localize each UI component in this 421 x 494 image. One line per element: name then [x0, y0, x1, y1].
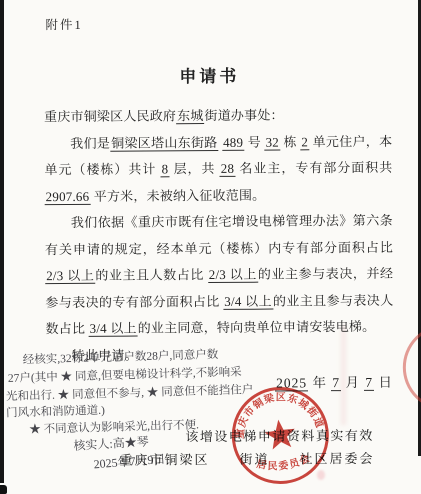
text-segment: 2 — [300, 134, 309, 150]
text-segment: 2907.66 — [45, 188, 91, 204]
text-segment: 32 — [265, 134, 281, 150]
text-segment: 东城 — [176, 108, 205, 124]
text-segment: 的业主同意，特向贵单位申请安装电梯。 — [138, 319, 376, 336]
text-segment: 的业主且人数占比 — [95, 267, 207, 283]
text-segment: 日 — [374, 375, 393, 390]
paragraph-building-info: 我们是铜梁区塔山东街路 489 号 32 栋 2 单元住户，本单元（楼栋）共计 … — [44, 128, 393, 210]
official-seal: 重庆市铜梁区东城街道 居民委员会 — [224, 379, 336, 491]
text-segment: 号 — [244, 134, 264, 149]
svg-text:居民委员会: 居民委员会 — [254, 450, 314, 475]
text-segment: 栋 — [280, 134, 300, 149]
text-segment: 2/3 以上 — [208, 267, 258, 283]
seal-star-icon — [263, 418, 297, 451]
scanned-document-page: 附件1 申请书 重庆市铜梁区人民政府东城街道办事处： 我们是铜梁区塔山东街路 4… — [0, 0, 421, 494]
document-title: 申请书 — [0, 61, 420, 89]
text-segment: 层，共 — [169, 161, 220, 176]
text-segment: 3/4 以上 — [89, 321, 138, 337]
text-segment: 28 — [220, 161, 236, 177]
text-segment: 重庆市铜梁区人民政府 — [44, 108, 176, 124]
text-segment: 8 — [161, 161, 170, 177]
text-segment: 平方米，未被纳入征收范围。 — [90, 187, 265, 203]
text-segment: 名业主，专有部分面积共 — [235, 160, 392, 176]
attachment-label: 附件1 — [45, 15, 82, 33]
text-segment: 铜梁区塔山东街路 — [110, 134, 218, 151]
partial-seal-edge — [403, 324, 421, 411]
text-segment: 街道办事处： — [204, 107, 283, 123]
text-segment: 2/3 以上 — [45, 268, 95, 284]
document-content: 附件1 申请书 重庆市铜梁区人民政府东城街道办事处： 我们是铜梁区塔山东街路 4… — [0, 0, 421, 494]
text-segment: 我们依据《重庆市既有住宅增设电梯管理办法》第六条有关申请的规定，经本单元（楼栋）… — [45, 213, 393, 257]
salutation-line: 重庆市铜梁区人民政府东城街道办事处： — [44, 102, 392, 131]
text-segment: 489 — [222, 134, 244, 150]
text-segment: 7 — [364, 375, 374, 391]
document-body: 重庆市铜梁区人民政府东城街道办事处： 我们是铜梁区塔山东街路 489 号 32 … — [44, 102, 394, 369]
seal-bottom-text: 居民委员会 — [254, 450, 314, 475]
text-segment: 月 — [341, 375, 364, 390]
paragraph-regulation-vote: 我们依据《重庆市既有住宅增设电梯管理办法》第六条有关申请的规定，经本单元（楼栋）… — [45, 208, 394, 343]
handwritten-verification-line: 门风水和消防通道.) — [6, 402, 105, 421]
text-segment: 3/4 以上 — [223, 293, 273, 309]
text-segment: 我们是 — [70, 135, 110, 150]
text-segment: 7 — [331, 375, 341, 391]
